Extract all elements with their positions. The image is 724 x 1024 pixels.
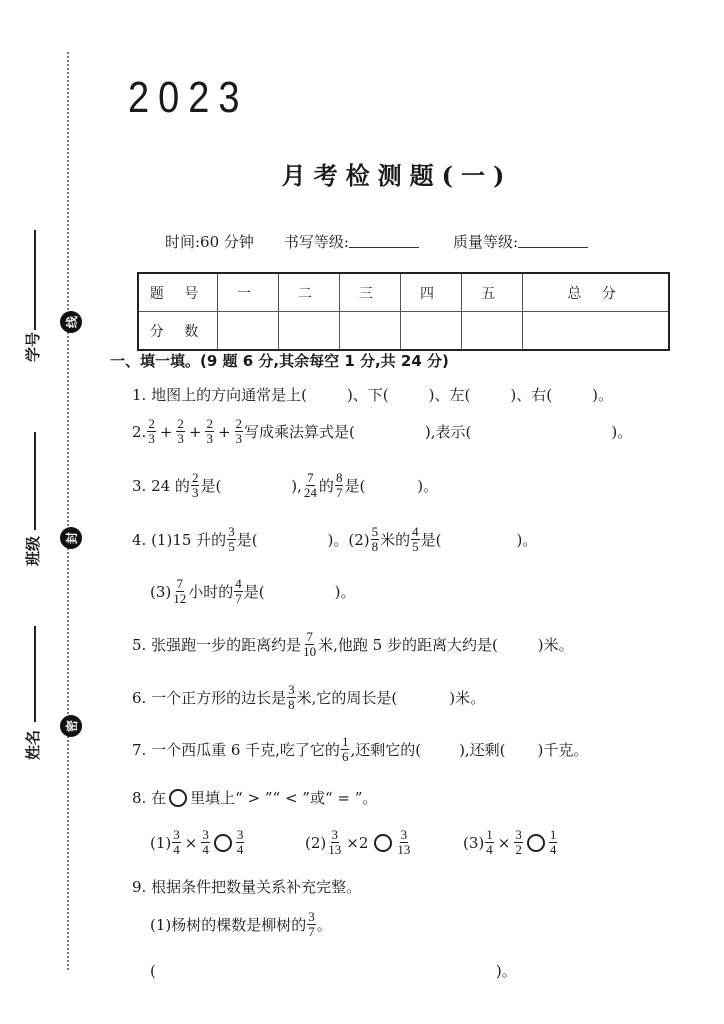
class-blank[interactable]	[34, 432, 36, 530]
q4-sub3-text-2: 是(	[244, 581, 265, 602]
q4-text-1: 4. (1)15 升的	[132, 529, 226, 550]
fraction: 23	[147, 417, 156, 446]
times-sign: ×	[185, 834, 198, 852]
q4-text-2: 是(	[237, 529, 258, 550]
fraction: 34	[172, 828, 181, 857]
question-2: 2. 23 + 23 + 23 + 23 写成乘法算式是( ),表示( )。	[132, 417, 632, 446]
question-5: 5. 张强跑一步的距离约是 710 米,他跑 5 步的距离大约是( )米。	[132, 630, 574, 659]
question-1: 1. 地图上的方向通常是上( )、下( )、左( )、右( )。	[132, 384, 613, 405]
year-heading: 2023	[128, 74, 249, 123]
fraction: 14	[549, 828, 558, 857]
fraction: 37	[307, 910, 316, 939]
fraction: 32	[514, 828, 523, 857]
fraction: 34	[201, 828, 210, 857]
fraction: 313	[327, 828, 342, 857]
fraction: 313	[396, 828, 411, 857]
fraction: 35	[227, 525, 236, 554]
score-cell-1[interactable]	[218, 312, 279, 351]
answer-circle-blank[interactable]	[527, 834, 545, 852]
question-9: 9. 根据条件把数量关系补充完整。	[132, 876, 361, 897]
q2-text-2: ),表示(	[425, 421, 471, 442]
q5-text-1: 5. 张强跑一步的距离约是	[132, 634, 301, 655]
q6-text-3: )米。	[449, 687, 485, 708]
fraction: 34	[236, 828, 245, 857]
q9-sub1-text-2: 。	[317, 914, 332, 935]
q4-text-5: 是(	[421, 529, 442, 550]
q1-text: 1. 地图上的方向通常是上(	[132, 384, 307, 405]
fraction: 16	[341, 735, 350, 764]
time-label: 时间:60 分钟	[165, 231, 254, 252]
seal-feng: 封	[60, 527, 82, 549]
name-blank[interactable]	[34, 626, 36, 722]
q8-item-label: (3)	[463, 834, 484, 852]
q7-text-1: 7. 一个西瓜重 6 千克,吃了它的	[132, 739, 340, 760]
fraction: 58	[371, 525, 380, 554]
score-cell-4[interactable]	[401, 312, 462, 351]
section-heading: 一、填一填。(9 题 6 分,其余每空 1 分,共 24 分)	[110, 350, 449, 371]
question-8: 8. 在 里填上“ > ”“ < ”或“ = ”。	[132, 787, 377, 808]
fraction: 710	[302, 630, 317, 659]
fraction: 45	[411, 525, 420, 554]
col-4: 四	[401, 273, 462, 312]
exam-meta: 时间:60 分钟 书写等级: 质量等级:	[165, 231, 588, 252]
col-1: 一	[218, 273, 279, 312]
q1-text-5: )。	[592, 384, 613, 405]
question-8-item-3: (3) 14 × 32 14	[463, 828, 558, 857]
q8-text-2: 里填上“ > ”“ < ”或“ = ”。	[190, 787, 377, 808]
q4-text-4: 米的	[380, 529, 410, 550]
q5-text-3: )米。	[538, 634, 574, 655]
q4-text-6: )。	[517, 529, 538, 550]
q4-sub3-text-3: )。	[335, 581, 356, 602]
fraction: 14	[485, 828, 494, 857]
q5-text-2: 米,他跑 5 步的距离大约是(	[318, 634, 498, 655]
fraction: 712	[172, 577, 187, 606]
fraction: 23	[191, 471, 200, 500]
question-6: 6. 一个正方形的边长是 38 米,它的周长是( )米。	[132, 683, 485, 712]
fraction: 23	[235, 417, 244, 446]
student-id-label: 学号	[22, 332, 43, 362]
times-sign: ×	[498, 834, 511, 852]
q8-item-label: (2)	[305, 834, 326, 852]
col-5: 五	[462, 273, 523, 312]
score-cell-5[interactable]	[462, 312, 523, 351]
fraction: 38	[287, 683, 296, 712]
score-cell-3[interactable]	[340, 312, 401, 351]
col-2: 二	[279, 273, 340, 312]
q1-text-2: )、下(	[347, 384, 389, 405]
plus-sign: +	[218, 423, 231, 441]
student-id-blank[interactable]	[34, 230, 36, 330]
q3-text-1: 3. 24 的	[132, 475, 190, 496]
question-4: 4. (1)15 升的 35 是( )。(2) 58 米的 45 是( )。	[132, 525, 537, 554]
question-9-answer: ( )。	[150, 960, 517, 981]
q9-sub1-text-1: (1)杨树的棵数是柳树的	[150, 914, 306, 935]
q3-text-6: )。	[417, 475, 438, 496]
score-table: 题 号 一 二 三 四 五 总 分 分 数	[137, 272, 670, 351]
times-two: ×2	[346, 834, 368, 852]
q1-text-3: )、左(	[429, 384, 471, 405]
fraction: 23	[176, 417, 185, 446]
q9-answer-open: (	[150, 962, 156, 980]
q4-text-3: )。(2)	[328, 529, 370, 550]
seal-xian: 线	[60, 311, 82, 333]
question-8-item-2: (2) 313 ×2 313	[305, 828, 412, 857]
answer-circle-blank[interactable]	[374, 834, 392, 852]
q9-text: 9. 根据条件把数量关系补充完整。	[132, 876, 361, 897]
q7-text-4: )千克。	[538, 739, 589, 760]
q7-text-2: ,还剩它的(	[350, 739, 421, 760]
page-title: 月考检测题(一)	[0, 156, 724, 191]
q2-text-3: )。	[611, 421, 632, 442]
name-label: 姓名	[22, 730, 43, 760]
q3-text-5: 是(	[344, 475, 365, 496]
seal-mi: 密	[60, 715, 82, 737]
question-3: 3. 24 的 23 是( ), 724 的 87 是( )。	[132, 471, 438, 500]
q3-text-4: 的	[319, 475, 334, 496]
q3-text-3: ),	[291, 477, 302, 495]
score-table-header-row: 题 号 一 二 三 四 五 总 分	[138, 273, 669, 312]
q2-text-1: 写成乘法算式是(	[244, 421, 355, 442]
writing-grade-blank[interactable]	[349, 231, 419, 248]
writing-grade-label: 书写等级:	[284, 231, 349, 252]
q7-text-3: ),还剩(	[459, 739, 505, 760]
question-9-part-1: (1)杨树的棵数是柳树的 37 。	[150, 910, 332, 939]
fraction: 47	[234, 577, 243, 606]
q8-text-1: 8. 在	[132, 787, 166, 808]
q6-text-1: 6. 一个正方形的边长是	[132, 687, 286, 708]
fraction: 724	[303, 471, 318, 500]
q4-sub3-label: (3)	[150, 583, 171, 601]
row-header-score: 分 数	[138, 312, 218, 351]
quality-grade-blank[interactable]	[518, 231, 588, 248]
col-total: 总 分	[523, 273, 669, 312]
score-cell-total[interactable]	[523, 312, 669, 351]
comparison-circle-icon	[169, 789, 187, 807]
score-table-score-row: 分 数	[138, 312, 669, 351]
row-header-question-no: 题 号	[138, 273, 218, 312]
q4-sub3-text-1: 小时的	[188, 581, 233, 602]
question-7: 7. 一个西瓜重 6 千克,吃了它的 16 ,还剩它的( ),还剩( )千克。	[132, 735, 588, 764]
q2-number: 2.	[132, 423, 146, 441]
question-8-item-1: (1) 34 × 34 34	[150, 828, 245, 857]
plus-sign: +	[189, 423, 202, 441]
q9-answer-close: )。	[496, 960, 517, 981]
question-4-part-3: (3) 712 小时的 47 是( )。	[150, 577, 355, 606]
answer-circle-blank[interactable]	[214, 834, 232, 852]
q1-text-4: )、右(	[510, 384, 552, 405]
q3-text-2: 是(	[200, 475, 221, 496]
fraction: 23	[205, 417, 214, 446]
quality-grade-label: 质量等级:	[453, 231, 518, 252]
class-label: 班级	[22, 536, 43, 566]
q6-text-2: 米,它的周长是(	[297, 687, 398, 708]
plus-sign: +	[160, 423, 173, 441]
fraction: 87	[335, 471, 344, 500]
q8-item-label: (1)	[150, 834, 171, 852]
col-3: 三	[340, 273, 401, 312]
score-cell-2[interactable]	[279, 312, 340, 351]
